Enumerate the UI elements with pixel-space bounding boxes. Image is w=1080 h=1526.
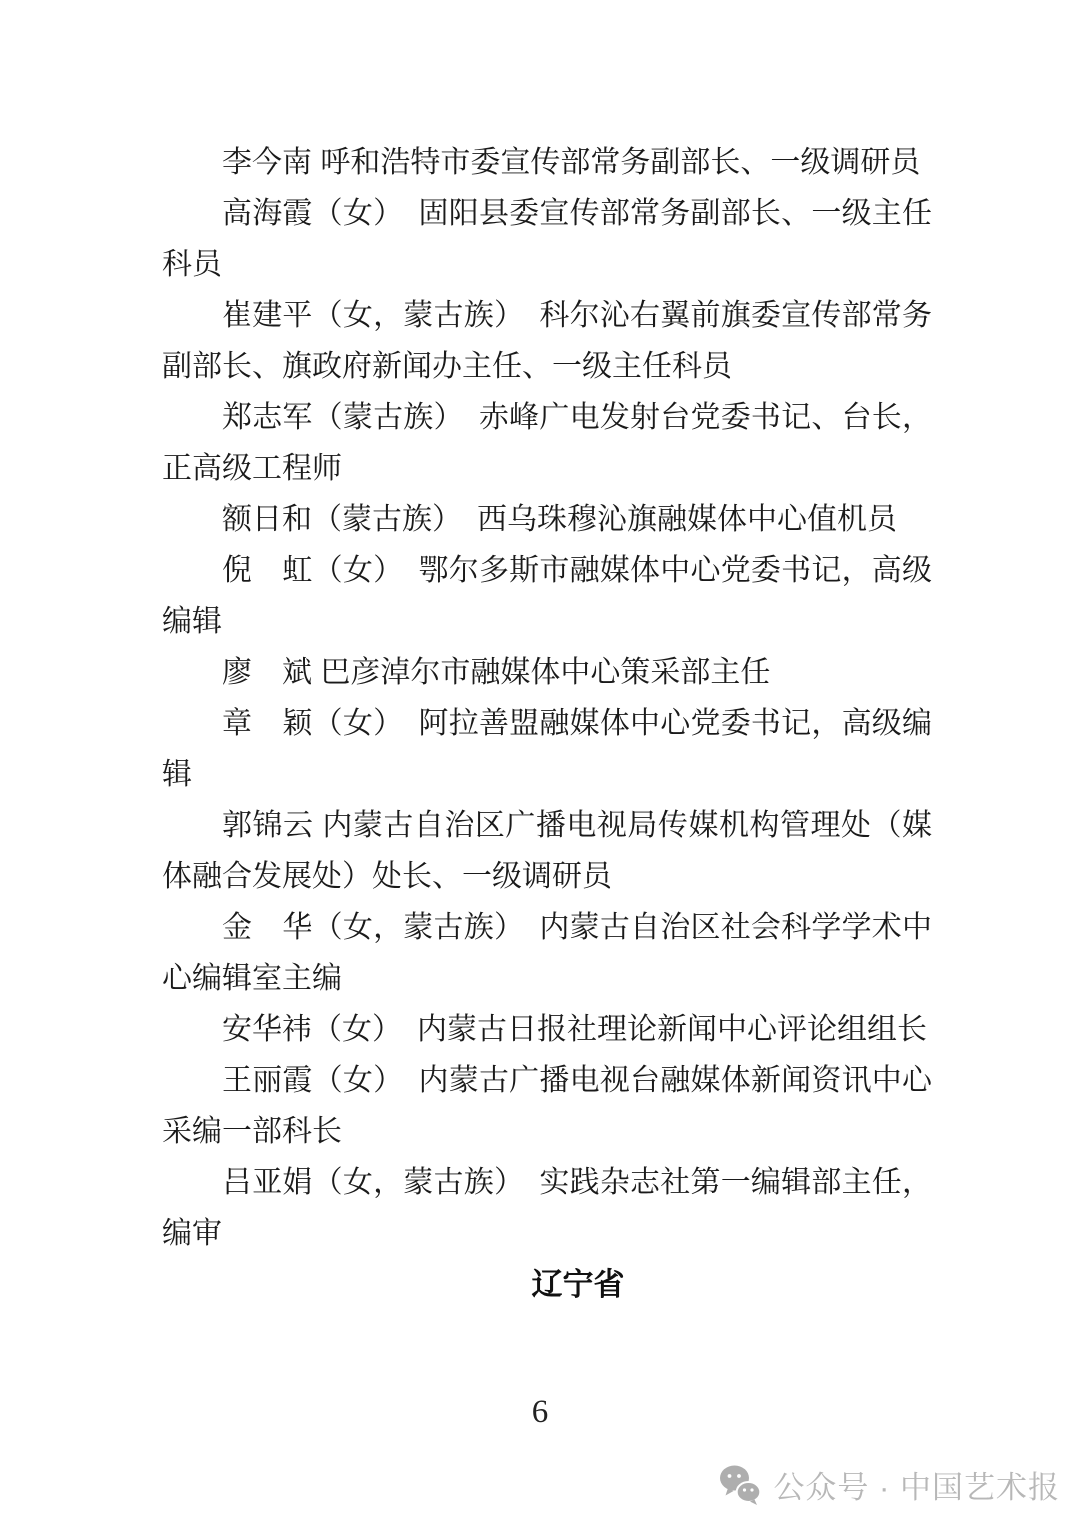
entry-paragraph: 郑志军（蒙古族） 赤峰广电发射台党委书记、台长，正高级工程师 xyxy=(162,392,932,494)
watermark-text: 公众号 · 中国艺术报 xyxy=(773,1462,1060,1507)
entry-paragraph: 额日和（蒙古族） 西乌珠穆沁旗融媒体中心值机员 xyxy=(162,494,932,545)
entry-paragraph: 廖 斌 巴彦淖尔市融媒体中心策采部主任 xyxy=(162,647,932,698)
entry-paragraph: 倪 虹（女） 鄂尔多斯市融媒体中心党委书记，高级编辑 xyxy=(162,545,932,647)
entry-paragraph: 李今南 呼和浩特市委宣传部常务副部长、一级调研员 xyxy=(162,137,932,188)
watermark: 公众号 · 中国艺术报 xyxy=(719,1462,1060,1507)
entry-paragraph: 吕亚娟（女，蒙古族） 实践杂志社第一编辑部主任，编审 xyxy=(162,1157,932,1259)
wechat-icon xyxy=(719,1464,761,1506)
section-heading: 辽宁省 xyxy=(162,1259,932,1310)
entry-paragraph: 王丽霞（女） 内蒙古广播电视台融媒体新闻资讯中心采编一部科长 xyxy=(162,1055,932,1157)
page-number: 6 xyxy=(0,1394,1080,1431)
entry-paragraph: 郭锦云 内蒙古自治区广播电视局传媒机构管理处（媒体融合发展处）处长、一级调研员 xyxy=(162,800,932,902)
entry-paragraph: 高海霞（女） 固阳县委宣传部常务副部长、一级主任科员 xyxy=(162,188,932,290)
entry-paragraph: 安华祎（女） 内蒙古日报社理论新闻中心评论组组长 xyxy=(162,1004,932,1055)
entry-paragraph: 崔建平（女，蒙古族） 科尔沁右翼前旗委宣传部常务副部长、旗政府新闻办主任、一级主… xyxy=(162,290,932,392)
entry-paragraph: 章 颖（女） 阿拉善盟融媒体中心党委书记，高级编辑 xyxy=(162,698,932,800)
document-body: 李今南 呼和浩特市委宣传部常务副部长、一级调研员 高海霞（女） 固阳县委宣传部常… xyxy=(162,137,932,1310)
document-page: 李今南 呼和浩特市委宣传部常务副部长、一级调研员 高海霞（女） 固阳县委宣传部常… xyxy=(0,0,1080,1526)
entry-paragraph: 金 华（女，蒙古族） 内蒙古自治区社会科学学术中心编辑室主编 xyxy=(162,902,932,1004)
